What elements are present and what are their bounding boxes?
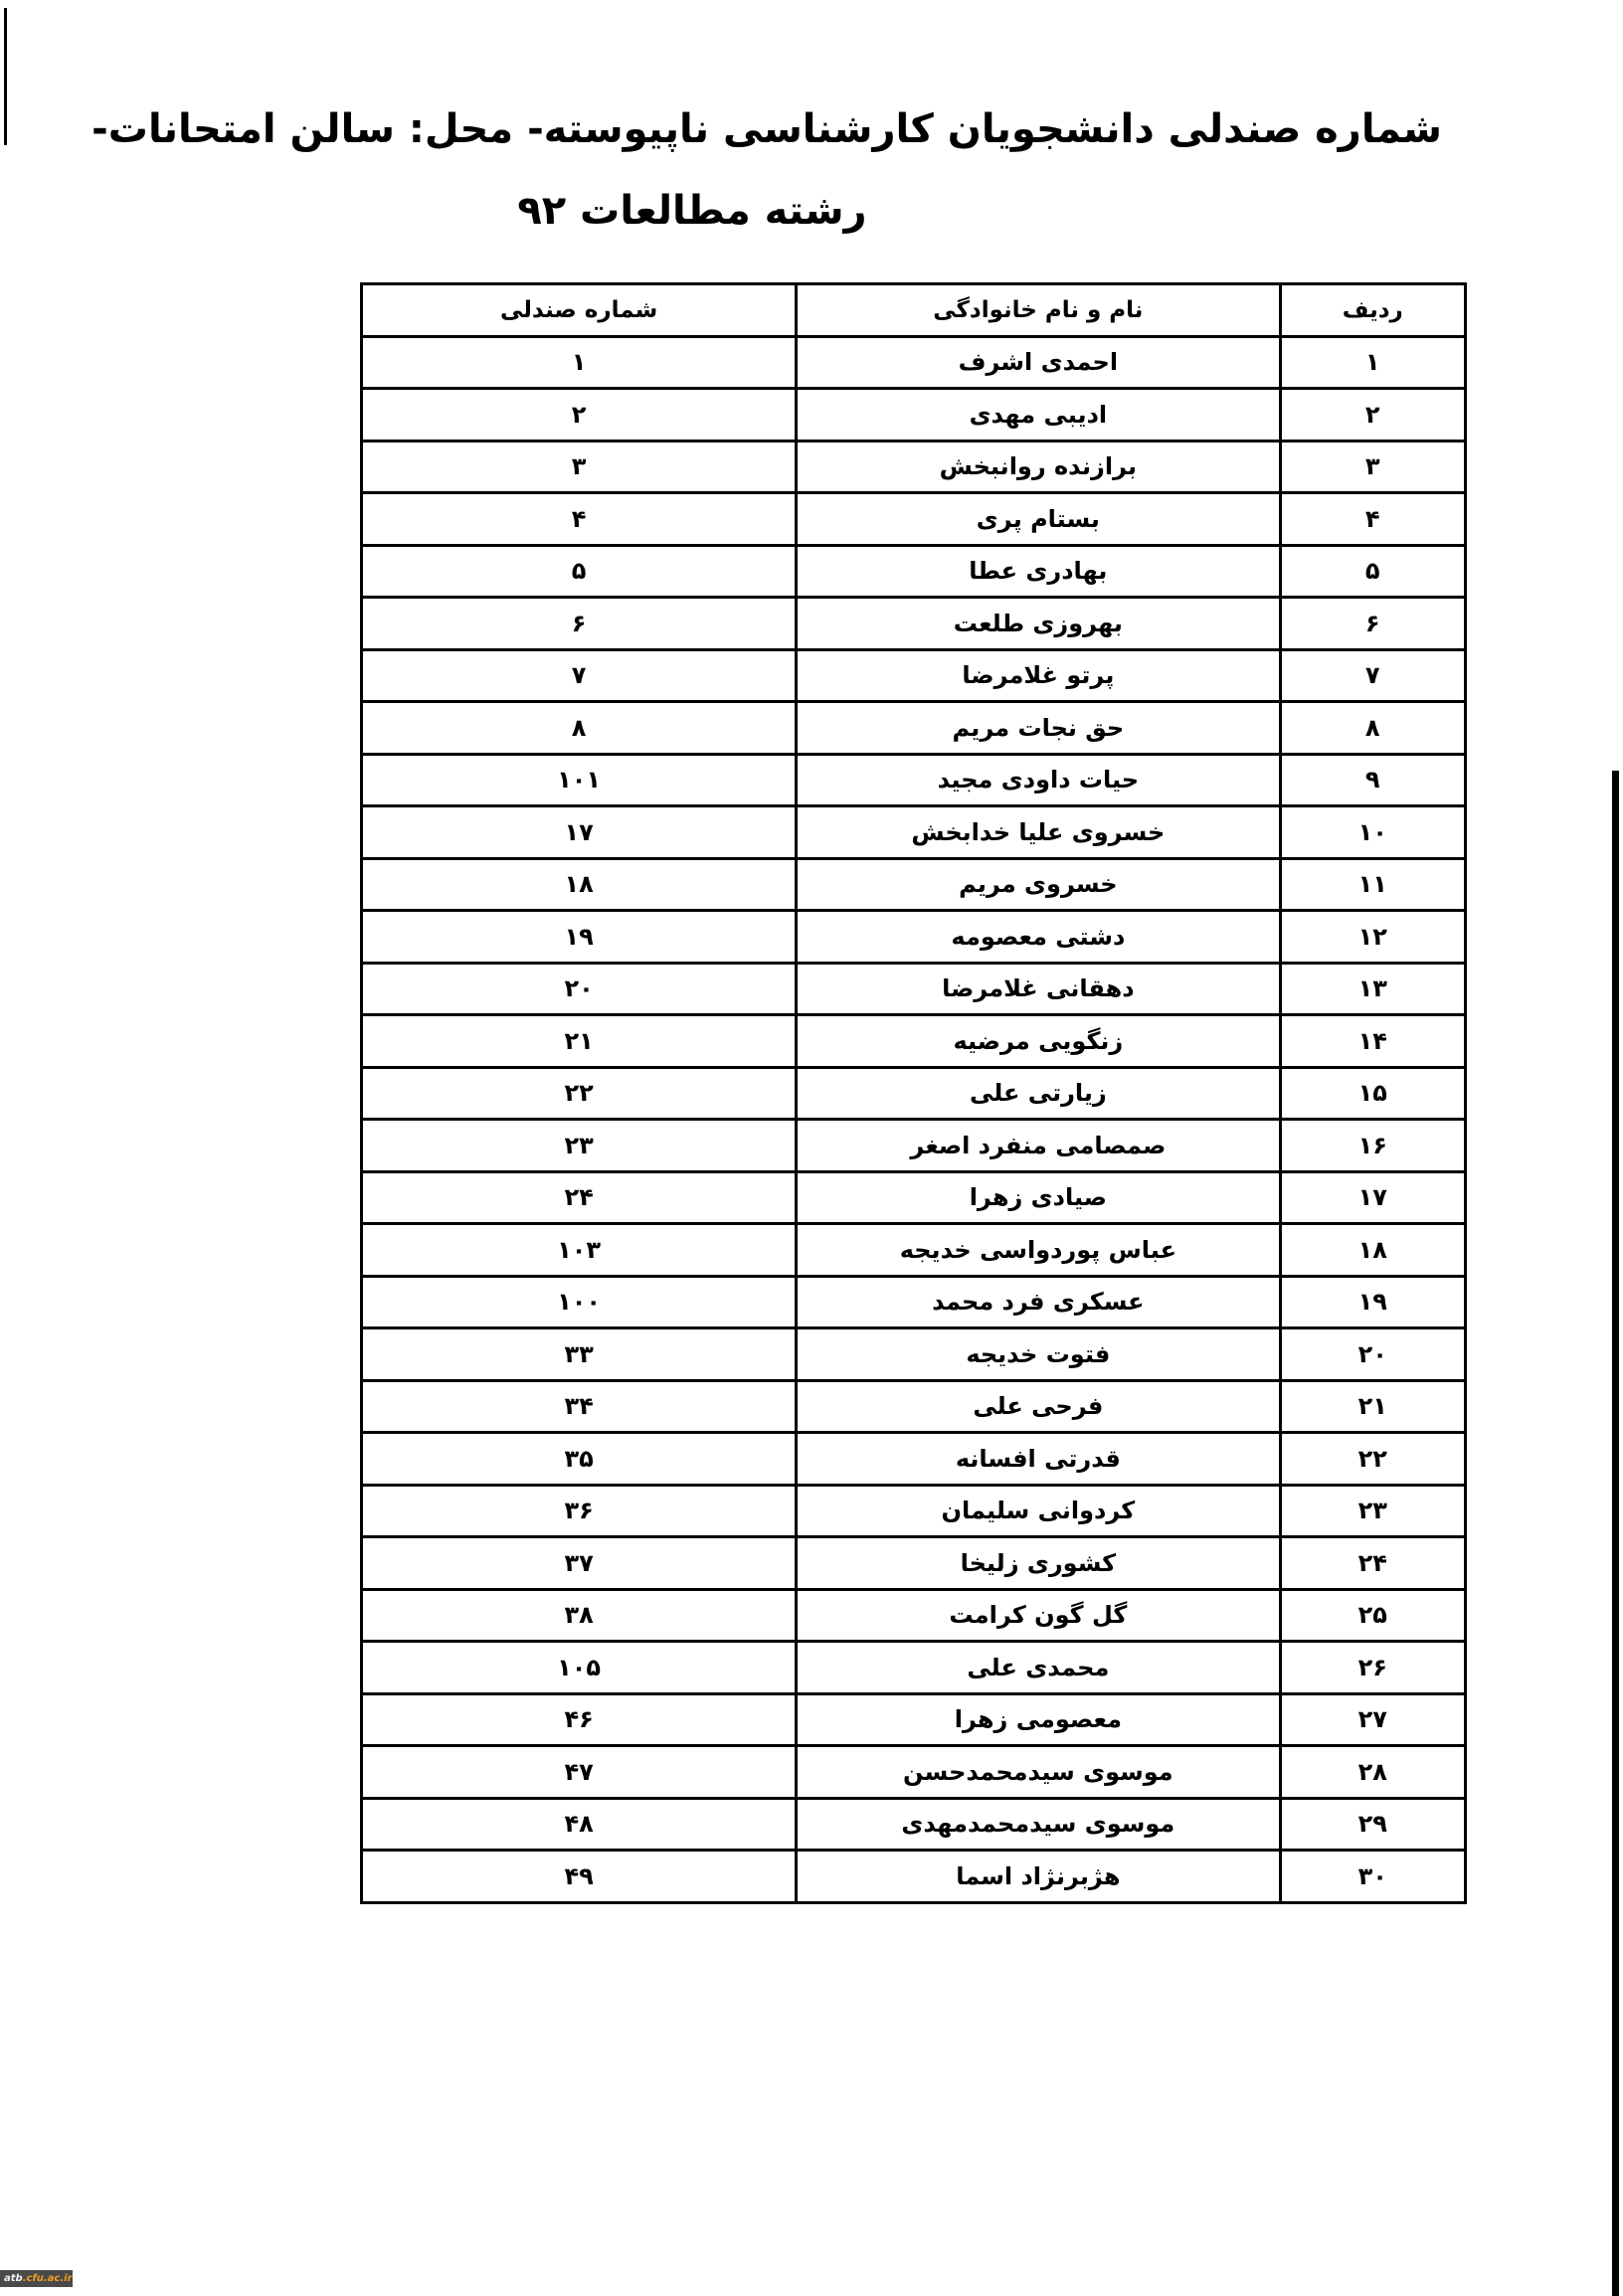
cell-row-number: ۳ xyxy=(1280,441,1466,493)
cell-full-name: خسروی علیا خدابخش xyxy=(797,806,1280,859)
table-row: ۶بهروزی طلعت۶ xyxy=(362,598,1466,650)
cell-row-number: ۵ xyxy=(1280,545,1466,598)
watermark-prefix: atb xyxy=(4,2273,23,2284)
cell-row-number: ۱۴ xyxy=(1280,1015,1466,1068)
table-row: ۱۳دهقانی غلامرضا۲۰ xyxy=(362,963,1466,1015)
cell-full-name: کشوری زلیخا xyxy=(797,1537,1280,1590)
table-row: ۱۲دشتی معصومه۱۹ xyxy=(362,911,1466,964)
document-title-line-2: رشته مطالعات ۹۲ xyxy=(0,181,1623,241)
table-row: ۱۵زیارتی علی۲۲ xyxy=(362,1067,1466,1120)
cell-seat-number: ۱۰۵ xyxy=(362,1642,797,1694)
cell-row-number: ۱۹ xyxy=(1280,1276,1466,1328)
cell-seat-number: ۳۳ xyxy=(362,1328,797,1381)
cell-row-number: ۲۴ xyxy=(1280,1537,1466,1590)
cell-seat-number: ۳۴ xyxy=(362,1380,797,1433)
cell-row-number: ۸ xyxy=(1280,702,1466,755)
cell-full-name: حق نجات مریم xyxy=(797,702,1280,755)
table-row: ۲۰فتوت خدیجه۳۳ xyxy=(362,1328,1466,1381)
scan-edge-right xyxy=(1612,771,1619,2296)
cell-row-number: ۱۶ xyxy=(1280,1120,1466,1172)
cell-full-name: گل گون کرامت xyxy=(797,1589,1280,1642)
cell-full-name: زنگویی مرضیه xyxy=(797,1015,1280,1068)
cell-full-name: بهروزی طلعت xyxy=(797,598,1280,650)
cell-seat-number: ۲ xyxy=(362,389,797,442)
table-row: ۲۱فرحی علی۳۴ xyxy=(362,1380,1466,1433)
table-row: ۲۴کشوری زلیخا۳۷ xyxy=(362,1537,1466,1590)
cell-seat-number: ۲۴ xyxy=(362,1171,797,1224)
cell-full-name: فتوت خدیجه xyxy=(797,1328,1280,1381)
table-row: ۱۸عباس پوردواسی خدیجه۱۰۳ xyxy=(362,1224,1466,1277)
table-row: ۱احمدی اشرف۱ xyxy=(362,336,1466,389)
cell-full-name: قدرتی افسانه xyxy=(797,1433,1280,1486)
cell-seat-number: ۲۳ xyxy=(362,1120,797,1172)
cell-row-number: ۲۲ xyxy=(1280,1433,1466,1486)
table-row: ۱۰خسروی علیا خدابخش۱۷ xyxy=(362,806,1466,859)
cell-seat-number: ۳ xyxy=(362,441,797,493)
table-row: ۲۳کردوانی سلیمان۳۶ xyxy=(362,1485,1466,1537)
cell-row-number: ۲ xyxy=(1280,389,1466,442)
cell-full-name: عباس پوردواسی خدیجه xyxy=(797,1224,1280,1277)
cell-full-name: دشتی معصومه xyxy=(797,911,1280,964)
cell-full-name: معصومی زهرا xyxy=(797,1693,1280,1746)
table-row: ۴بستام پری۴ xyxy=(362,493,1466,546)
cell-row-number: ۱۳ xyxy=(1280,963,1466,1015)
table-row: ۸حق نجات مریم۸ xyxy=(362,702,1466,755)
table-row: ۱۷صیادی زهرا۲۴ xyxy=(362,1171,1466,1224)
cell-row-number: ۱۰ xyxy=(1280,806,1466,859)
cell-full-name: زیارتی علی xyxy=(797,1067,1280,1120)
cell-seat-number: ۱۸ xyxy=(362,858,797,911)
table-row: ۲۵گل گون کرامت۳۸ xyxy=(362,1589,1466,1642)
table-row: ۲۶محمدی علی۱۰۵ xyxy=(362,1642,1466,1694)
cell-seat-number: ۸ xyxy=(362,702,797,755)
cell-row-number: ۶ xyxy=(1280,598,1466,650)
cell-full-name: موسوی سیدمحمدحسن xyxy=(797,1746,1280,1799)
table-row: ۹حیات داودی مجید۱۰۱ xyxy=(362,754,1466,806)
cell-row-number: ۱۵ xyxy=(1280,1067,1466,1120)
cell-row-number: ۳۰ xyxy=(1280,1851,1466,1903)
table-row: ۱۹عسکری فرد محمد۱۰۰ xyxy=(362,1276,1466,1328)
cell-full-name: هژبرنژاد اسما xyxy=(797,1851,1280,1903)
cell-full-name: عسکری فرد محمد xyxy=(797,1276,1280,1328)
cell-seat-number: ۳۵ xyxy=(362,1433,797,1486)
cell-row-number: ۱۷ xyxy=(1280,1171,1466,1224)
cell-seat-number: ۱۷ xyxy=(362,806,797,859)
cell-seat-number: ۴۸ xyxy=(362,1798,797,1851)
cell-seat-number: ۱۰۰ xyxy=(362,1276,797,1328)
cell-seat-number: ۳۸ xyxy=(362,1589,797,1642)
cell-seat-number: ۲۲ xyxy=(362,1067,797,1120)
cell-full-name: صیادی زهرا xyxy=(797,1171,1280,1224)
cell-seat-number: ۱۰۱ xyxy=(362,754,797,806)
seat-assignment-table: ردیف نام و نام خانوادگی شماره صندلی ۱احم… xyxy=(360,282,1467,1904)
cell-seat-number: ۵ xyxy=(362,545,797,598)
cell-seat-number: ۱۰۳ xyxy=(362,1224,797,1277)
cell-row-number: ۱ xyxy=(1280,336,1466,389)
cell-seat-number: ۴۷ xyxy=(362,1746,797,1799)
cell-full-name: برازنده روانبخش xyxy=(797,441,1280,493)
table-row: ۲۹موسوی سیدمحمدمهدی۴۸ xyxy=(362,1798,1466,1851)
table-row: ۱۱خسروی مریم۱۸ xyxy=(362,858,1466,911)
cell-row-number: ۷ xyxy=(1280,649,1466,702)
table-row: ۳برازنده روانبخش۳ xyxy=(362,441,1466,493)
cell-row-number: ۴ xyxy=(1280,493,1466,546)
cell-seat-number: ۶ xyxy=(362,598,797,650)
cell-seat-number: ۲۰ xyxy=(362,963,797,1015)
cell-full-name: کردوانی سلیمان xyxy=(797,1485,1280,1537)
table-row: ۱۶صمصامی منفرد اصغر۲۳ xyxy=(362,1120,1466,1172)
scan-edge-left xyxy=(4,8,7,145)
cell-row-number: ۹ xyxy=(1280,754,1466,806)
table-row: ۱۴زنگویی مرضیه۲۱ xyxy=(362,1015,1466,1068)
watermark-suffix: .cfu.ac.ir xyxy=(23,2273,73,2284)
cell-seat-number: ۳۶ xyxy=(362,1485,797,1537)
cell-row-number: ۲۰ xyxy=(1280,1328,1466,1381)
cell-seat-number: ۴۹ xyxy=(362,1851,797,1903)
cell-row-number: ۲۹ xyxy=(1280,1798,1466,1851)
cell-full-name: پرتو غلامرضا xyxy=(797,649,1280,702)
table-body: ۱احمدی اشرف۱۲ادیبی مهدی۲۳برازنده روانبخش… xyxy=(362,336,1466,1902)
cell-full-name: موسوی سیدمحمدمهدی xyxy=(797,1798,1280,1851)
cell-seat-number: ۱ xyxy=(362,336,797,389)
table-row: ۳۰هژبرنژاد اسما۴۹ xyxy=(362,1851,1466,1903)
cell-seat-number: ۴۶ xyxy=(362,1693,797,1746)
cell-row-number: ۲۱ xyxy=(1280,1380,1466,1433)
document-title-line-1: شماره صندلی دانشجویان کارشناسی ناپیوسته-… xyxy=(91,99,1442,159)
cell-row-number: ۱۲ xyxy=(1280,911,1466,964)
cell-row-number: ۲۶ xyxy=(1280,1642,1466,1694)
cell-full-name: صمصامی منفرد اصغر xyxy=(797,1120,1280,1172)
table-row: ۷پرتو غلامرضا۷ xyxy=(362,649,1466,702)
header-row-number: ردیف xyxy=(1280,284,1466,337)
table-row: ۵بهادری عطا۵ xyxy=(362,545,1466,598)
cell-full-name: محمدی علی xyxy=(797,1642,1280,1694)
header-full-name: نام و نام خانوادگی xyxy=(797,284,1280,337)
cell-full-name: احمدی اشرف xyxy=(797,336,1280,389)
cell-full-name: بهادری عطا xyxy=(797,545,1280,598)
cell-seat-number: ۳۷ xyxy=(362,1537,797,1590)
cell-row-number: ۲۸ xyxy=(1280,1746,1466,1799)
cell-row-number: ۲۷ xyxy=(1280,1693,1466,1746)
cell-full-name: بستام پری xyxy=(797,493,1280,546)
cell-seat-number: ۲۱ xyxy=(362,1015,797,1068)
site-watermark: atb.cfu.ac.ir xyxy=(0,2270,73,2287)
cell-full-name: فرحی علی xyxy=(797,1380,1280,1433)
table-row: ۲ادیبی مهدی۲ xyxy=(362,389,1466,442)
cell-full-name: ادیبی مهدی xyxy=(797,389,1280,442)
cell-row-number: ۲۵ xyxy=(1280,1589,1466,1642)
table-row: ۲۲قدرتی افسانه۳۵ xyxy=(362,1433,1466,1486)
cell-seat-number: ۷ xyxy=(362,649,797,702)
cell-row-number: ۱۸ xyxy=(1280,1224,1466,1277)
cell-seat-number: ۴ xyxy=(362,493,797,546)
cell-seat-number: ۱۹ xyxy=(362,911,797,964)
cell-full-name: دهقانی غلامرضا xyxy=(797,963,1280,1015)
header-seat-number: شماره صندلی xyxy=(362,284,797,337)
table-row: ۲۸موسوی سیدمحمدحسن۴۷ xyxy=(362,1746,1466,1799)
table-row: ۲۷معصومی زهرا۴۶ xyxy=(362,1693,1466,1746)
cell-full-name: حیات داودی مجید xyxy=(797,754,1280,806)
cell-row-number: ۲۳ xyxy=(1280,1485,1466,1537)
cell-full-name: خسروی مریم xyxy=(797,858,1280,911)
table-header-row: ردیف نام و نام خانوادگی شماره صندلی xyxy=(362,284,1466,337)
cell-row-number: ۱۱ xyxy=(1280,858,1466,911)
